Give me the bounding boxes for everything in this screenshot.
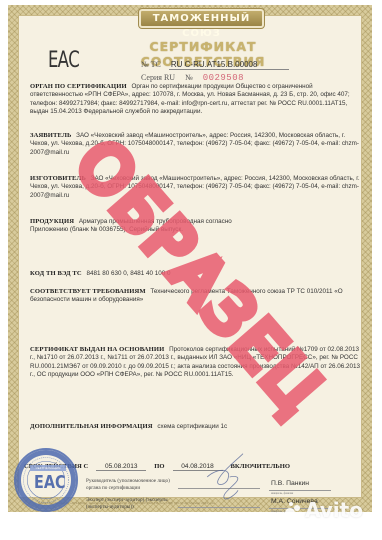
tnved-code-section: КОД ТН ВЭД ТС 8481 80 630 0, 8481 40 100…: [30, 270, 360, 278]
signatory-role: Руководитель (уполномоченное лицо) орган…: [86, 478, 171, 491]
avito-logo-icon: [285, 501, 303, 519]
section-heading: СЕРТИФИКАТ ВЫДАН НА ОСНОВАНИИ: [30, 346, 164, 353]
section-heading: ЗАЯВИТЕЛЬ: [30, 132, 71, 139]
certification-stamp-icon: СЕРТИФИКАЦИЯ ЕАС: [14, 448, 78, 512]
section-heading: КОД ТН ВЭД ТС: [30, 270, 82, 277]
eac-logo-icon: ЕАС: [48, 47, 75, 75]
handwritten-signature: [198, 452, 258, 502]
avito-text: Avito: [305, 498, 363, 522]
valid-from-date: 05.08.2013: [96, 463, 146, 471]
section-text: ЗАО «Чеховский завод «Машиностроитель», …: [30, 132, 359, 156]
manufacturer-section: ИЗГОТОВИТЕЛЬ ЗАО «Чеховский завод «Машин…: [30, 175, 360, 200]
series-number: 0029508: [203, 73, 244, 83]
certificate-number-label: № ТС: [141, 60, 161, 69]
certificate-number-value: RU C-RU.AT15.B.00008: [169, 60, 289, 70]
product-section: ПРОДУКЦИЯ Арматура промышленная трубопро…: [30, 218, 250, 235]
stamp-banner: СЕРТИФИКАЦИЯ: [30, 465, 66, 471]
stamp-eac-logo: ЕАС: [34, 472, 66, 493]
issued-basis-section: СЕРТИФИКАТ ВЫДАН НА ОСНОВАНИИ Протоколов…: [30, 346, 360, 380]
conformity-requirements-section: СООТВЕТСТВУЕТ ТРЕБОВАНИЯМ Технического р…: [30, 288, 360, 305]
valid-to-label: ПО: [154, 463, 164, 470]
section-heading: ПРОДУКЦИЯ: [30, 218, 74, 225]
section-text: схема сертификации 1с: [157, 423, 227, 430]
signatory-name: П.В. Панкин: [271, 481, 309, 488]
applicant-section: ЗАЯВИТЕЛЬ ЗАО «Чеховский завод «Машиност…: [30, 132, 360, 157]
series-no-label: №: [185, 73, 193, 82]
avito-watermark: Avito: [285, 498, 363, 522]
section-text: 8481 80 630 0, 8481 40 100 0: [87, 270, 171, 277]
section-heading: СООТВЕТСТВУЕТ ТРЕБОВАНИЯМ: [30, 288, 146, 295]
customs-union-banner: ТАМОЖЕННЫЙ СОЮЗ: [139, 9, 264, 28]
certificate-series: Серия RU № 0029508: [141, 73, 244, 83]
certificate-number: № ТС RU C-RU.AT15.B.00008: [141, 60, 289, 70]
section-heading: ИЗГОТОВИТЕЛЬ: [30, 175, 86, 182]
section-heading: ОРГАН ПО СЕРТИФИКАЦИИ: [30, 83, 127, 90]
series-label: Серия RU: [141, 73, 175, 82]
certificate: ТАМОЖЕННЫЙ СОЮЗ СЕРТИФИКАТ СООТВЕТСТВИЯ …: [8, 5, 372, 512]
certification-body-section: ОРГАН ПО СЕРТИФИКАЦИИ Орган по сертифика…: [30, 83, 360, 117]
additional-info-section: ДОПОЛНИТЕЛЬНАЯ ИНФОРМАЦИЯ схема сертифик…: [30, 423, 360, 431]
section-heading: ДОПОЛНИТЕЛЬНАЯ ИНФОРМАЦИЯ: [30, 423, 153, 430]
